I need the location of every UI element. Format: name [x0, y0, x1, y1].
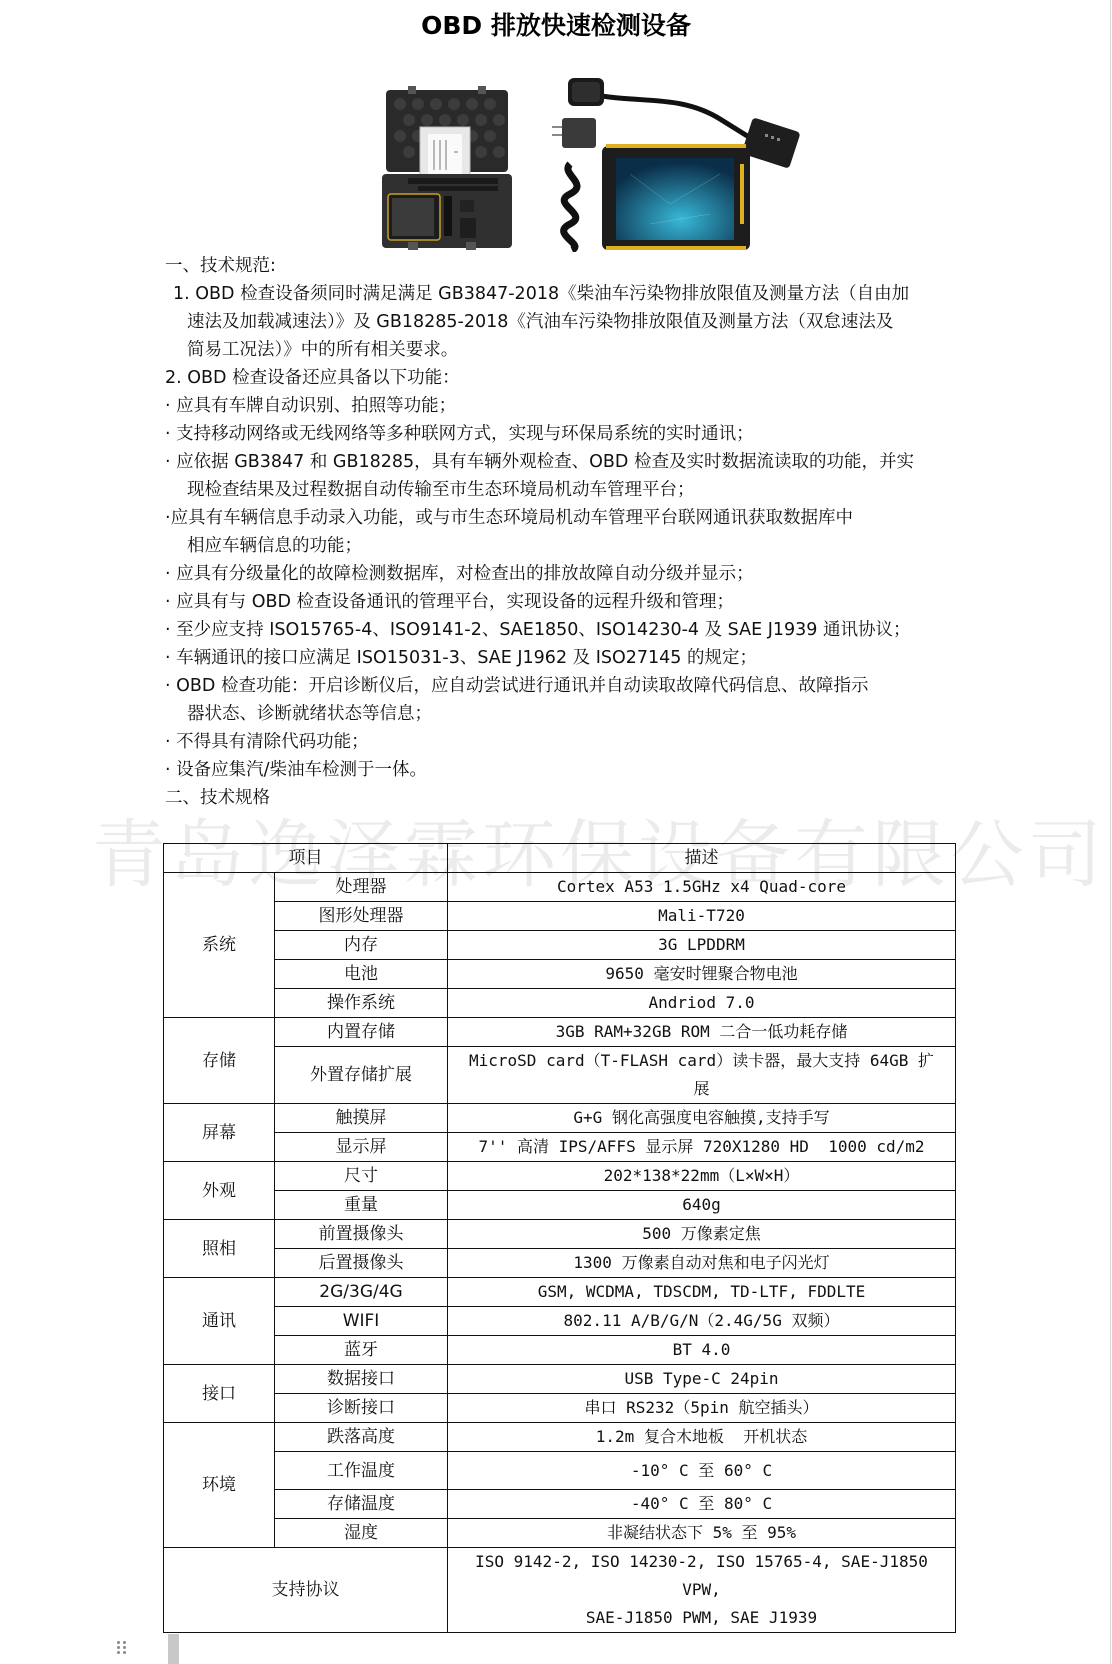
- category-cell: 存储: [164, 1018, 275, 1104]
- item1-line2: 速法及加载减速法）》及 GB18285-2018《汽油车污染物排放限值及测量方法…: [165, 308, 955, 336]
- protocol-desc: ISO 9142-2, ISO 14230-2, ISO 15765-4, SA…: [448, 1548, 956, 1633]
- desc-cell: 串口 RS232（5pin 航空插头）: [448, 1394, 956, 1423]
- category-cell: 接口: [164, 1365, 275, 1423]
- bullet-10: · 不得具有清除代码功能；: [165, 728, 955, 756]
- desc-cell: 1.2m 复合木地板 开机状态: [448, 1423, 956, 1452]
- desc-cell: 802.11 A/B/G/N（2.4G/5G 双频）: [448, 1307, 956, 1336]
- desc-cell: 7'' 高清 IPS/AFFS 显示屏 720X1280 HD 1000 cd/…: [448, 1133, 956, 1162]
- header-item: 项目: [164, 844, 448, 873]
- category-cell: 系统: [164, 873, 275, 1018]
- bullet-5: · 应具有分级量化的故障检测数据库，对检查出的排放故障自动分级并显示；: [165, 560, 955, 588]
- page-right-border: [1110, 0, 1111, 1664]
- section2-heading: 二、技术规格: [165, 784, 955, 812]
- item-cell: 内存: [275, 931, 448, 960]
- bullet-3-line2: 现检查结果及过程数据自动传输至市生态环境局机动车管理平台；: [165, 476, 955, 504]
- item-cell: 蓝牙: [275, 1336, 448, 1365]
- bullet-2: · 支持移动网络或无线网络等多种联网方式，实现与环保局系统的实时通讯；: [165, 420, 955, 448]
- item-cell: 操作系统: [275, 989, 448, 1018]
- bullet-7: · 至少应支持 ISO15765-4、ISO9141-2、SAE1850、ISO…: [165, 616, 955, 644]
- table-row: 诊断接口 串口 RS232（5pin 航空插头）: [164, 1394, 956, 1423]
- table-row: WIFI 802.11 A/B/G/N（2.4G/5G 双频）: [164, 1307, 956, 1336]
- protocol-label: 支持协议: [164, 1548, 448, 1633]
- item-cell: 处理器: [275, 873, 448, 902]
- category-cell: 通讯: [164, 1278, 275, 1365]
- bullet-9-line2: 器状态、诊断就绪状态等信息；: [165, 700, 955, 728]
- desc-cell: 1300 万像素自动对焦和电子闪光灯: [448, 1249, 956, 1278]
- item2-heading: 2. OBD 检查设备还应具备以下功能：: [165, 364, 955, 392]
- desc-cell: -10° C 至 60° C: [448, 1452, 956, 1490]
- desc-cell: GSM, WCDMA, TDSCDM, TD-LTF, FDDLTE: [448, 1278, 956, 1307]
- section1-heading: 一、技术规范:: [165, 252, 955, 280]
- desc-cell: 640g: [448, 1191, 956, 1220]
- table-row: 工作温度 -10° C 至 60° C: [164, 1452, 956, 1490]
- desc-cell: 非凝结状态下 5% 至 95%: [448, 1519, 956, 1548]
- table-row: 存储 内置存储 3GB RAM+32GB ROM 二合一低功耗存储: [164, 1018, 956, 1047]
- item-cell: 内置存储: [275, 1018, 448, 1047]
- table-row: 接口 数据接口 USB Type-C 24pin: [164, 1365, 956, 1394]
- desc-cell: USB Type-C 24pin: [448, 1365, 956, 1394]
- table-row: 电池 9650 毫安时锂聚合物电池: [164, 960, 956, 989]
- spec-text: 一、技术规范: 1. OBD 检查设备须同时满足满足 GB3847-2018《柴…: [165, 252, 955, 812]
- table-row: 系统 处理器 Cortex A53 1.5GHz x4 Quad-core: [164, 873, 956, 902]
- desc-cell: MicroSD card（T-FLASH card）读卡器，最大支持 64GB …: [448, 1047, 956, 1104]
- desc-cell: 3GB RAM+32GB ROM 二合一低功耗存储: [448, 1018, 956, 1047]
- item-cell: 湿度: [275, 1519, 448, 1548]
- desc-cell: 500 万像素定焦: [448, 1220, 956, 1249]
- protocol-desc-line1: ISO 9142-2, ISO 14230-2, ISO 15765-4, SA…: [452, 1548, 951, 1604]
- table-row: 重量 640g: [164, 1191, 956, 1220]
- desc-cell: Andriod 7.0: [448, 989, 956, 1018]
- table-header-row: 项目 描述: [164, 844, 956, 873]
- table-row: 湿度 非凝结状态下 5% 至 95%: [164, 1519, 956, 1548]
- item1-line3: 简易工况法）》中的所有相关要求。: [165, 336, 955, 364]
- table-row: 屏幕 触摸屏 G+G 钢化高强度电容触摸,支持手写: [164, 1104, 956, 1133]
- scrollbar-thumb[interactable]: [168, 1634, 179, 1664]
- bullet-6: · 应具有与 OBD 检查设备通讯的管理平台，实现设备的远程升级和管理；: [165, 588, 955, 616]
- table-row: 外观 尺寸 202*138*22mm（L×W×H）: [164, 1162, 956, 1191]
- item-cell: 前置摄像头: [275, 1220, 448, 1249]
- item-cell: 诊断接口: [275, 1394, 448, 1423]
- protocol-desc-line2: SAE-J1850 PWM, SAE J1939: [452, 1604, 951, 1632]
- bullet-9-line1: · OBD 检查功能：开启诊断仪后，应自动尝试进行通讯并自动读取故障代码信息、故…: [165, 672, 955, 700]
- drag-handle-icon[interactable]: [117, 1641, 127, 1655]
- item-cell: 电池: [275, 960, 448, 989]
- item-cell: 后置摄像头: [275, 1249, 448, 1278]
- item-cell: 数据接口: [275, 1365, 448, 1394]
- table-row-protocol: 支持协议 ISO 9142-2, ISO 14230-2, ISO 15765-…: [164, 1548, 956, 1633]
- table-row: 外置存储扩展 MicroSD card（T-FLASH card）读卡器，最大支…: [164, 1047, 956, 1104]
- desc-cell: G+G 钢化高强度电容触摸,支持手写: [448, 1104, 956, 1133]
- item-cell: WIFI: [275, 1307, 448, 1336]
- bullet-4-line1: ·应具有车辆信息手动录入功能，或与市生态环境局机动车管理平台联网通讯获取数据库中: [165, 504, 955, 532]
- item-cell: 显示屏: [275, 1133, 448, 1162]
- item-cell: 存储温度: [275, 1490, 448, 1519]
- bullet-8: · 车辆通讯的接口应满足 ISO15031-3、SAE J1962 及 ISO2…: [165, 644, 955, 672]
- category-cell: 环境: [164, 1423, 275, 1548]
- document-title: OBD 排放快速检测设备: [0, 6, 1112, 42]
- table-row: 图形处理器 Mali-T720: [164, 902, 956, 931]
- category-cell: 屏幕: [164, 1104, 275, 1162]
- item-cell: 工作温度: [275, 1452, 448, 1490]
- table-row: 存储温度 -40° C 至 80° C: [164, 1490, 956, 1519]
- bullet-1: · 应具有车牌自动识别、拍照等功能；: [165, 392, 955, 420]
- spec-table: 项目 描述 系统 处理器 Cortex A53 1.5GHz x4 Quad-c…: [163, 843, 956, 1633]
- tablet-kit-photo: [550, 74, 800, 252]
- desc-cell: 202*138*22mm（L×W×H）: [448, 1162, 956, 1191]
- desc-cell: Mali-T720: [448, 902, 956, 931]
- table-row: 显示屏 7'' 高清 IPS/AFFS 显示屏 720X1280 HD 1000…: [164, 1133, 956, 1162]
- desc-cell: 3G LPDDRM: [448, 931, 956, 960]
- category-cell: 外观: [164, 1162, 275, 1220]
- header-desc: 描述: [448, 844, 956, 873]
- bullet-3-line1: · 应依据 GB3847 和 GB18285，具有车辆外观检查、OBD 检查及实…: [165, 448, 955, 476]
- item-cell: 外置存储扩展: [275, 1047, 448, 1104]
- item1-line1: 1. OBD 检查设备须同时满足满足 GB3847-2018《柴油车污染物排放限…: [165, 280, 955, 308]
- desc-cell: -40° C 至 80° C: [448, 1490, 956, 1519]
- product-photos: [370, 72, 800, 254]
- bullet-11: · 设备应集汽/柴油车检测于一体。: [165, 756, 955, 784]
- table-row: 照相 前置摄像头 500 万像素定焦: [164, 1220, 956, 1249]
- desc-cell: Cortex A53 1.5GHz x4 Quad-core: [448, 873, 956, 902]
- table-row: 操作系统 Andriod 7.0: [164, 989, 956, 1018]
- item-cell: 尺寸: [275, 1162, 448, 1191]
- table-row: 内存 3G LPDDRM: [164, 931, 956, 960]
- table-row: 后置摄像头 1300 万像素自动对焦和电子闪光灯: [164, 1249, 956, 1278]
- case-photo: [378, 82, 516, 252]
- desc-cell: 9650 毫安时锂聚合物电池: [448, 960, 956, 989]
- item-cell: 重量: [275, 1191, 448, 1220]
- table-row: 通讯 2G/3G/4G GSM, WCDMA, TDSCDM, TD-LTF, …: [164, 1278, 956, 1307]
- item-cell: 跌落高度: [275, 1423, 448, 1452]
- desc-cell: BT 4.0: [448, 1336, 956, 1365]
- item-cell: 图形处理器: [275, 902, 448, 931]
- category-cell: 照相: [164, 1220, 275, 1278]
- table-row: 蓝牙 BT 4.0: [164, 1336, 956, 1365]
- table-row: 环境 跌落高度 1.2m 复合木地板 开机状态: [164, 1423, 956, 1452]
- item-cell: 2G/3G/4G: [275, 1278, 448, 1307]
- bullet-4-line2: 相应车辆信息的功能；: [165, 532, 955, 560]
- item-cell: 触摸屏: [275, 1104, 448, 1133]
